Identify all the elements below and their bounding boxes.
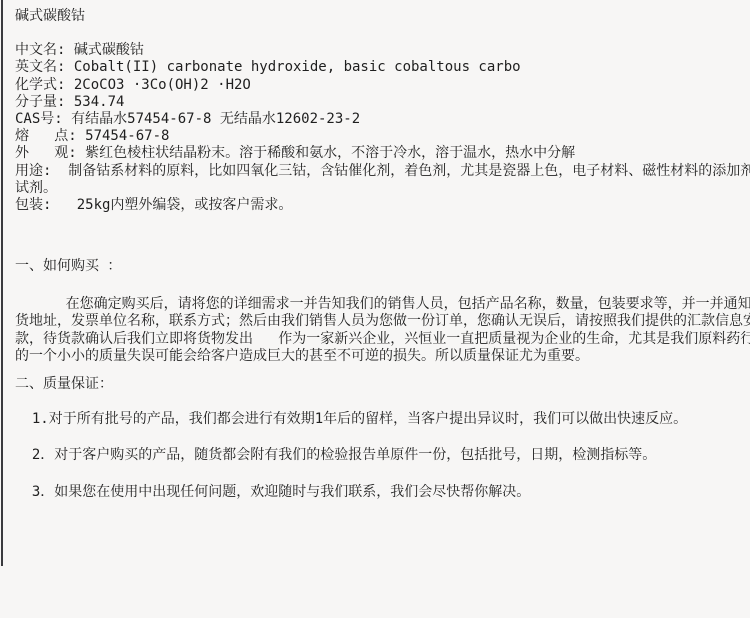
property-line: 分子量: 534.74 [15,94,742,111]
paragraph-line: 的一个小小的质量失误可能会给客户造成巨大的甚至不可逆的损失。所以质量保证尤为重要… [15,348,742,365]
property-line: 中文名: 碱式碳酸钴 [15,42,742,59]
product-properties: 中文名: 碱式碳酸钴英文名: Cobalt(II) carbonate hydr… [15,42,742,214]
property-line: 熔 点: 57454-67-8 [15,128,742,145]
quality-list-item: 3．如果您在使用中出现任何问题，欢迎随时与我们联系，我们会尽快帮你解决。 [15,484,742,501]
section-heading-how-to-buy: 一、如何购买 ： [15,258,742,275]
purchase-instructions-paragraph: 在您确定购买后，请将您的详细需求一并告知我们的销售人员，包括产品名称，数量，包装… [15,296,742,365]
product-document: 碱式碳酸钴 中文名: 碱式碳酸钴英文名: Cobalt(II) carbonat… [0,0,750,618]
section-heading-quality-guarantee: 二、质量保证： [15,376,742,393]
property-line: 英文名: Cobalt(II) carbonate hydroxide, bas… [15,59,742,76]
document-title: 碱式碳酸钴 [15,8,742,25]
property-line: 化学式: 2CoCO3 ·3Co(OH)2 ·H2O [15,77,742,94]
paragraph-line: 在您确定购买后，请将您的详细需求一并告知我们的销售人员，包括产品名称，数量，包装… [15,296,742,313]
quality-list-item: 1.对于所有批号的产品，我们都会进行有效期1年后的留样，当客户提出异议时，我们可… [15,411,742,428]
property-line: 试剂。 [15,180,742,197]
document-page: 碱式碳酸钴 中文名: 碱式碳酸钴英文名: Cobalt(II) carbonat… [0,0,750,618]
property-line: 外 观: 紫红色棱柱状结晶粉末。溶于稀酸和氨水，不溶于冷水，溶于温水，热水中分解 [15,145,742,162]
quality-list-item: 2．对于客户购买的产品，随货都会附有我们的检验报告单原件一份，包括批号，日期，检… [15,447,742,464]
property-line: 用途: 制备钴系材料的原料，比如四氧化三钴，含钴催化剂，着色剂，尤其是瓷器上色，… [15,163,742,180]
property-line: 包装: 25kg内塑外编袋，或按客户需求。 [15,197,742,214]
quality-guarantee-list: 1.对于所有批号的产品，我们都会进行有效期1年后的留样，当客户提出异议时，我们可… [15,411,742,501]
property-line: CAS号: 有结晶水57454-67-8 无结晶水12602-23-2 [15,111,742,128]
paragraph-line: 款，待货款确认后我们立即将货物发出 作为一家新兴企业，兴恒业一直把质量视为企业的… [15,331,742,348]
paragraph-line: 货地址，发票单位名称，联系方式；然后由我们销售人员为您做一份订单，您确认无误后，… [15,313,742,330]
